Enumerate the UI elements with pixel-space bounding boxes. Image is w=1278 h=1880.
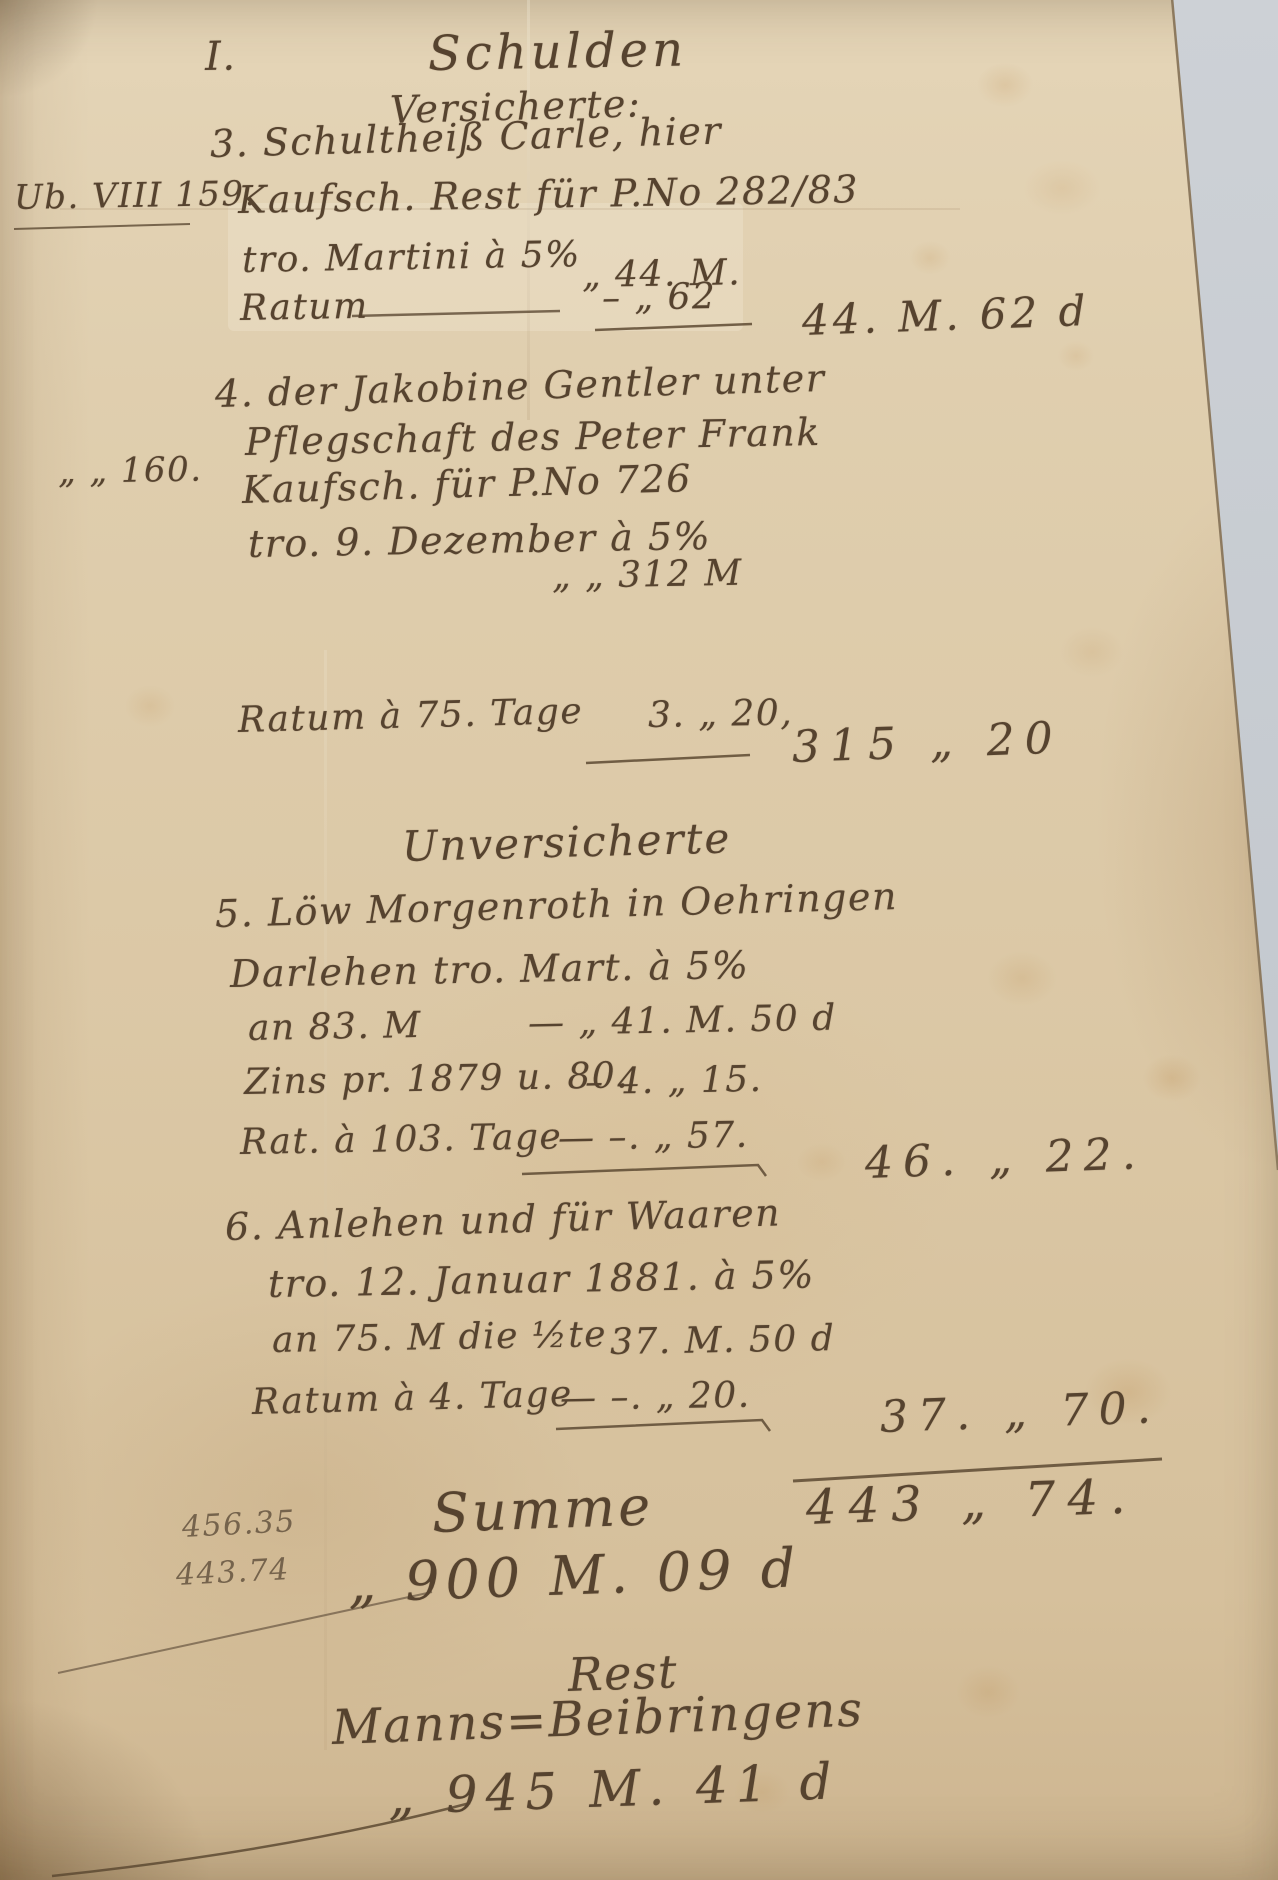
entry3-line3-amount: – „ 62 — [602, 276, 717, 319]
entry3-line3: Ratum — [240, 286, 369, 329]
entry5-line3: Zins pr. 1879 u. 80. — [244, 1055, 630, 1103]
entry5-line2: an 83. M — [248, 1005, 422, 1049]
paper-crease-vertical-left — [324, 650, 327, 1750]
pencil-calc-top: 456.35 — [181, 1504, 297, 1545]
document-photo: I. Schulden Versicherte: 3. Schultheiß C… — [0, 0, 1278, 1880]
entry4-line4-amount: 3. „ 20, — [648, 692, 794, 736]
entry5-line2-amount: — „ 41. M. 50 d — [528, 998, 837, 1044]
entry4-margin-reference: „ „ 160. — [58, 449, 203, 492]
entry3-total: 44. M. 62 d — [801, 286, 1090, 345]
section-roman-numeral: I. — [205, 33, 237, 80]
entry6-line3-amount: — –. „ 20. — [560, 1375, 751, 1419]
entry5-line3-amount: – 4. „ 15. — [585, 1059, 763, 1103]
entry3-margin-reference: Ub. VIII 159. — [14, 174, 258, 218]
entry6-total: 37. „ 70. — [879, 1382, 1161, 1443]
summe-label: Summe — [431, 1474, 654, 1545]
subsection-unversicherte: Unversicherte — [401, 813, 732, 871]
page-title: Schulden — [428, 21, 688, 82]
entry5-line4: Rat. à 103. Tage — [240, 1116, 563, 1163]
entry4-total: 315 „ 20 — [791, 713, 1063, 773]
entry3-line2: tro. Martini à 5% — [242, 234, 581, 281]
entry5-line1: Darlehen tro. Mart. à 5% — [230, 943, 750, 996]
entry6-line2-amount: 37. M. 50 d — [610, 1318, 836, 1363]
entry4-line3: „ „ 312 M — [552, 553, 743, 597]
entry5-total: 46. „ 22. — [864, 1128, 1146, 1189]
entry5-line4-amount: — –. „ 57. — [558, 1115, 749, 1159]
summe-right-total: 443 „ 74. — [805, 1468, 1138, 1536]
pencil-calc-bottom: 443.74 — [175, 1552, 291, 1593]
entry6-line3: Ratum à 4. Tage — [251, 1374, 573, 1423]
entry6-line2: an 75. M die ½te — [272, 1314, 608, 1361]
